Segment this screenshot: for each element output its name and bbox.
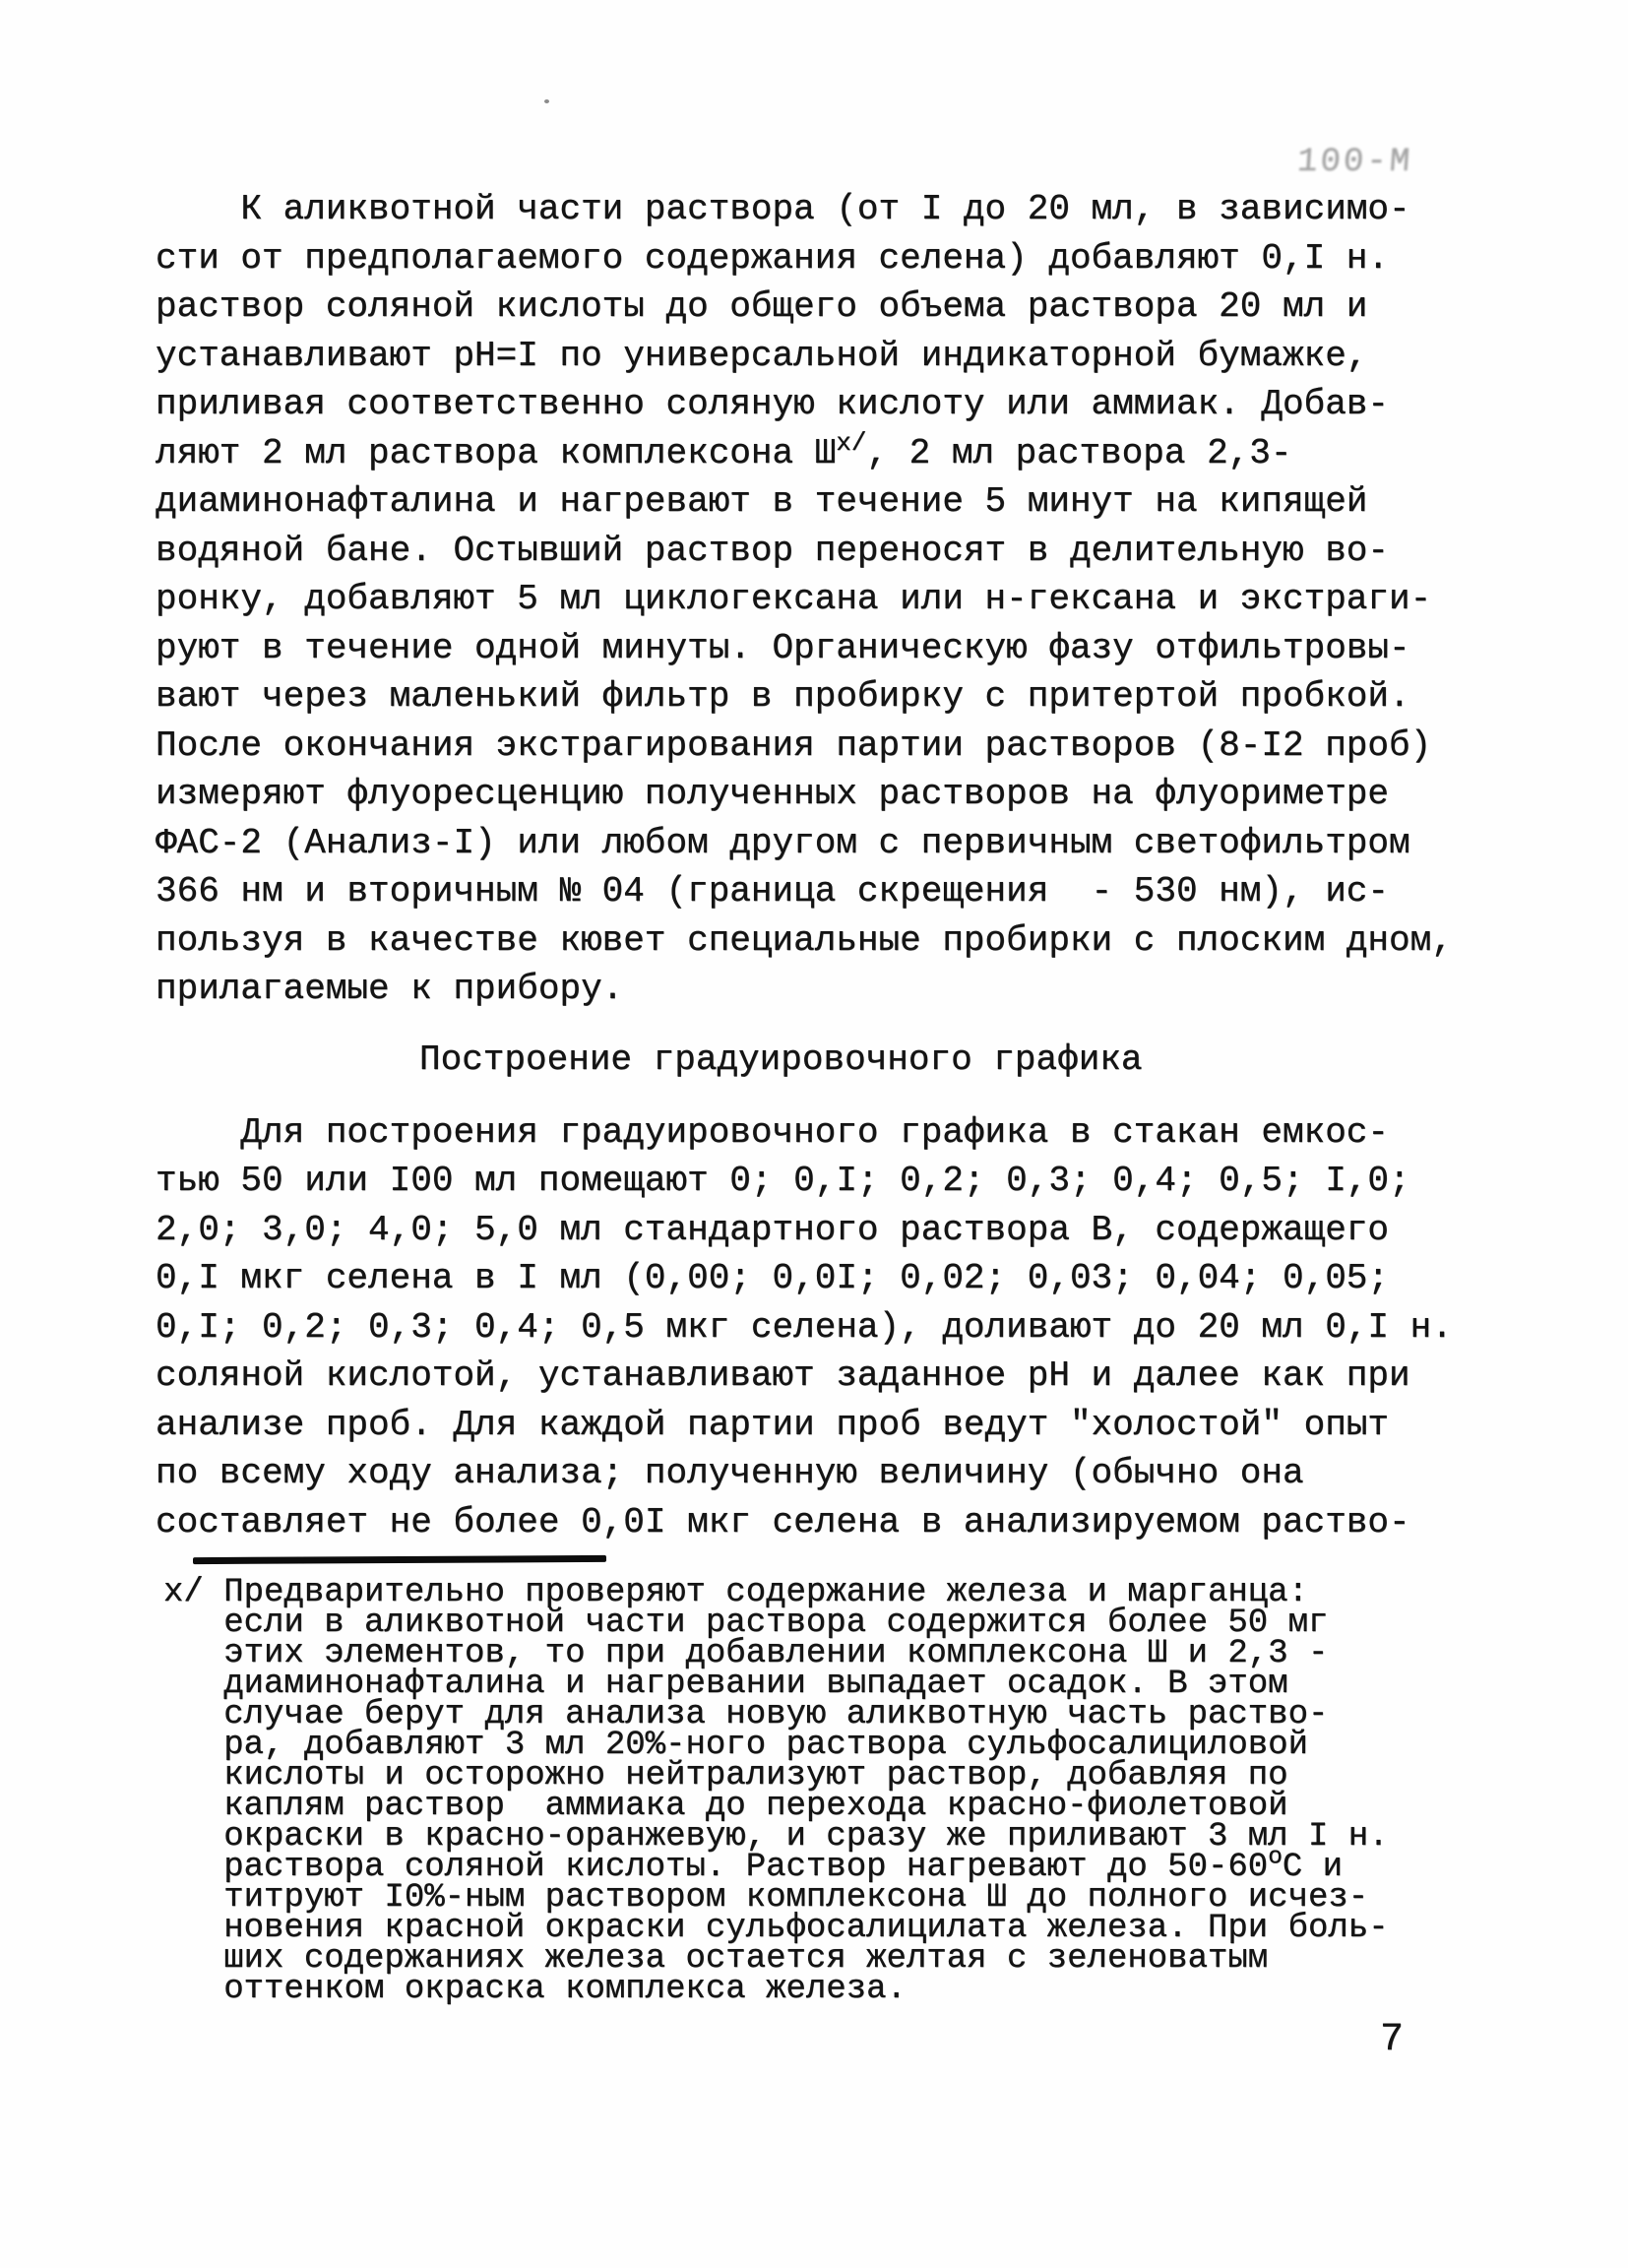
page-header-mark: 100-М <box>1296 144 1414 181</box>
text-line: пользуя в качестве кювет специальные про… <box>156 916 1504 966</box>
text-line: диаминонафталина и нагревают в течение 5… <box>156 477 1504 527</box>
text-line: 0,I мкг селена в I мл (0,00; 0,0I; 0,02;… <box>156 1254 1504 1303</box>
text-line: руют в течение одной минуты. Органическу… <box>156 624 1504 673</box>
text-line: ляют 2 мл раствора комплексона Шх/, 2 мл… <box>156 429 1504 478</box>
text-line: по всему ходу анализа; полученную величи… <box>156 1449 1504 1498</box>
text-line: приливая соответственно соляную кислоту … <box>156 380 1504 429</box>
paragraph-procedure: К аликвотной части раствора (от I до 20 … <box>156 185 1504 1014</box>
document-page: 100-М К аликвотной части раствора (от I … <box>0 0 1628 2268</box>
text-line: раствор соляной кислоты до общего объема… <box>156 283 1504 332</box>
text-line: ронку, добавляют 5 мл циклогексана или н… <box>156 575 1504 624</box>
paragraph-calibration: Для построения градуировочного графика в… <box>156 1108 1504 1547</box>
text-line: тью 50 или I00 мл помещают 0; 0,I; 0,2; … <box>156 1157 1504 1206</box>
text-line: 0,I; 0,2; 0,3; 0,4; 0,5 мкг селена), дол… <box>156 1303 1504 1353</box>
page-number: 7 <box>1380 2018 1404 2062</box>
scan-artifact-dot <box>544 99 549 103</box>
text-line: измеряют флуоресценцию полученных раство… <box>156 770 1504 819</box>
text-line: сти от предполагаемого содержания селена… <box>156 234 1504 283</box>
footnote-separator-rule <box>193 1555 606 1564</box>
text-line: Для построения градуировочного графика в… <box>156 1108 1504 1158</box>
text-line: прилагаемые к прибору. <box>156 965 1504 1014</box>
text-line: устанавливают рН=I по универсальной инди… <box>156 332 1504 381</box>
text-line: составляет не более 0,0I мкг селена в ан… <box>156 1498 1504 1547</box>
section-heading: Построение градуировочного графика <box>419 1036 1504 1085</box>
text-line: 2,0; 3,0; 4,0; 5,0 мл стандартного раств… <box>156 1206 1504 1255</box>
footnote: х/ Предварительно проверяют содержание ж… <box>163 1578 1502 2005</box>
text-line: оттенком окраска комплекса железа. <box>163 1975 1502 2005</box>
text-line: анализе проб. Для каждой партии проб вед… <box>156 1401 1504 1450</box>
text-line: 366 нм и вторичным № 04 (граница скрещен… <box>156 867 1504 916</box>
text-line: соляной кислотой, устанавливают заданное… <box>156 1352 1504 1401</box>
text-line: водяной бане. Остывший раствор переносят… <box>156 527 1504 576</box>
text-line: К аликвотной части раствора (от I до 20 … <box>156 185 1504 234</box>
text-line: вают через маленький фильтр в пробирку с… <box>156 672 1504 722</box>
text-line: После окончания экстрагирования партии р… <box>156 722 1504 771</box>
main-text: К аликвотной части раствора (от I до 20 … <box>156 185 1504 1546</box>
text-line: ФАС-2 (Анализ-I) или любом другом с перв… <box>156 819 1504 868</box>
